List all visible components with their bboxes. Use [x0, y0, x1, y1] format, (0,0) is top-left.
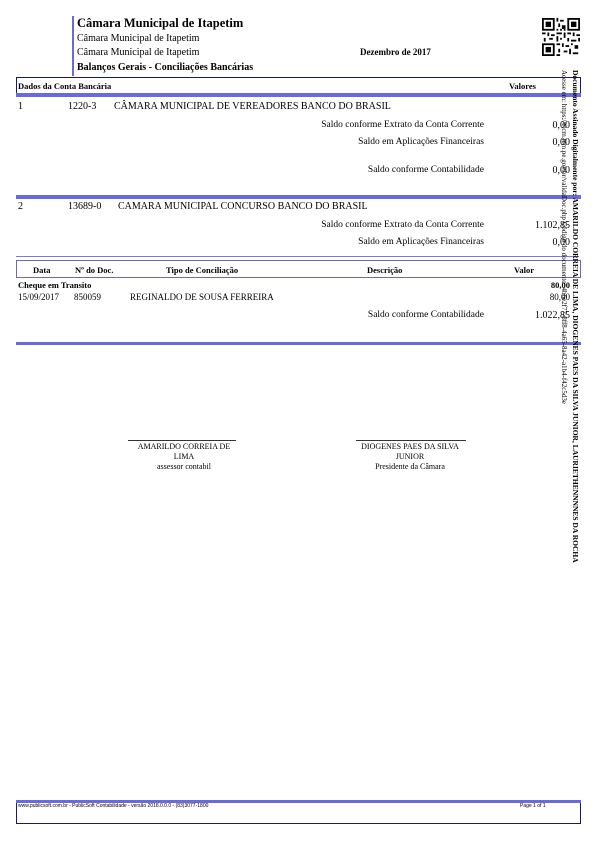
reconciliation-header-type: Tipo de Conciliação [166, 265, 238, 275]
page-title: Câmara Municipal de Itapetim [77, 16, 243, 31]
signer-role: Presidente da Câmara [350, 462, 470, 472]
entity-line-2: Câmara Municipal de Itapetim [77, 47, 199, 58]
entity-line-1: Câmara Municipal de Itapetim [77, 33, 199, 44]
reconciliation-type: REGINALDO DE SOUSA FERREIRA [130, 292, 274, 302]
signer-name: DIOGENES PAES DA SILVA [350, 442, 470, 452]
validation-link[interactable]: Acesse em: https://etcm.tcm.pe.gov.br/va… [560, 70, 568, 404]
signature-line [356, 440, 466, 441]
account-code: 13689-0 [68, 201, 101, 212]
reconciliation-date: 15/09/2017 [18, 292, 59, 302]
signer-name-cont: JUNIOR [350, 452, 470, 462]
signer-name: AMARILDO CORREIA DE [124, 442, 244, 452]
account-number: 1 [18, 101, 23, 112]
reconciliation-header-value: Valor [514, 265, 534, 275]
balance-value: 0,00 [490, 165, 570, 176]
report-title: Balanços Gerais - Conciliações Bancárias [77, 62, 253, 73]
reconciliation-header-description: Descrição [367, 265, 402, 275]
balance-label: Saldo em Aplicações Financeiras [184, 137, 484, 147]
footer-software-info: www.publicsoft.com.br - PublicSoft Conta… [18, 803, 208, 809]
balance-value: 1.022,85 [490, 310, 570, 321]
account-name: CÂMARA MUNICIPAL DE VEREADORES BANCO DO … [114, 101, 391, 112]
reconciliation-header-doc: Nº do Doc. [75, 265, 113, 275]
footer-page-number: Page 1 of 1 [520, 803, 546, 809]
signer-name-cont: LIMA [124, 452, 244, 462]
balance-value: 0,00 [490, 137, 570, 148]
signer-role: assessor contabil [124, 462, 244, 472]
report-period: Dezembro de 2017 [360, 47, 431, 57]
balance-value: 0,00 [490, 120, 570, 131]
reconciliation-doc: 850059 [74, 292, 101, 302]
section-divider [16, 93, 581, 97]
subtable-top-divider [16, 256, 579, 257]
account-code: 1220-3 [68, 101, 96, 112]
reconciliation-header-date: Data [33, 265, 50, 275]
reconciliation-group-label: Cheque em Transito [18, 280, 91, 290]
balance-label: Saldo conforme Contabilidade [184, 310, 484, 320]
balance-label: Saldo conforme Extrato da Conta Corrente [184, 120, 484, 130]
signature-block-2: DIOGENES PAES DA SILVA JUNIOR Presidente… [350, 442, 470, 472]
qr-code-icon [542, 18, 580, 56]
signature-line [128, 440, 236, 441]
digital-signature-stamp: Documento Assinado Digitalmente por: AMA… [571, 70, 580, 563]
balance-label: Saldo conforme Contabilidade [184, 165, 484, 175]
column-header-account-data: Dados da Conta Bancária [18, 81, 111, 91]
reconciliation-group-total: 80,00 [490, 280, 570, 290]
account-number: 2 [18, 201, 23, 212]
balance-label: Saldo em Aplicações Financeiras [184, 237, 484, 247]
section-divider [16, 195, 581, 199]
account-name: CAMARA MUNICIPAL CONCURSO BANCO DO BRASI… [118, 201, 368, 212]
header-accent-bar [72, 16, 74, 76]
section-divider [16, 342, 581, 345]
reconciliation-value: 80,00 [490, 292, 570, 302]
balance-label: Saldo conforme Extrato da Conta Corrente [184, 220, 484, 230]
balance-value: 0,00 [490, 237, 570, 248]
balance-value: 1.102,85 [490, 220, 570, 231]
column-header-values: Valores [509, 81, 536, 91]
signature-block-1: AMARILDO CORREIA DE LIMA assessor contab… [124, 442, 244, 472]
